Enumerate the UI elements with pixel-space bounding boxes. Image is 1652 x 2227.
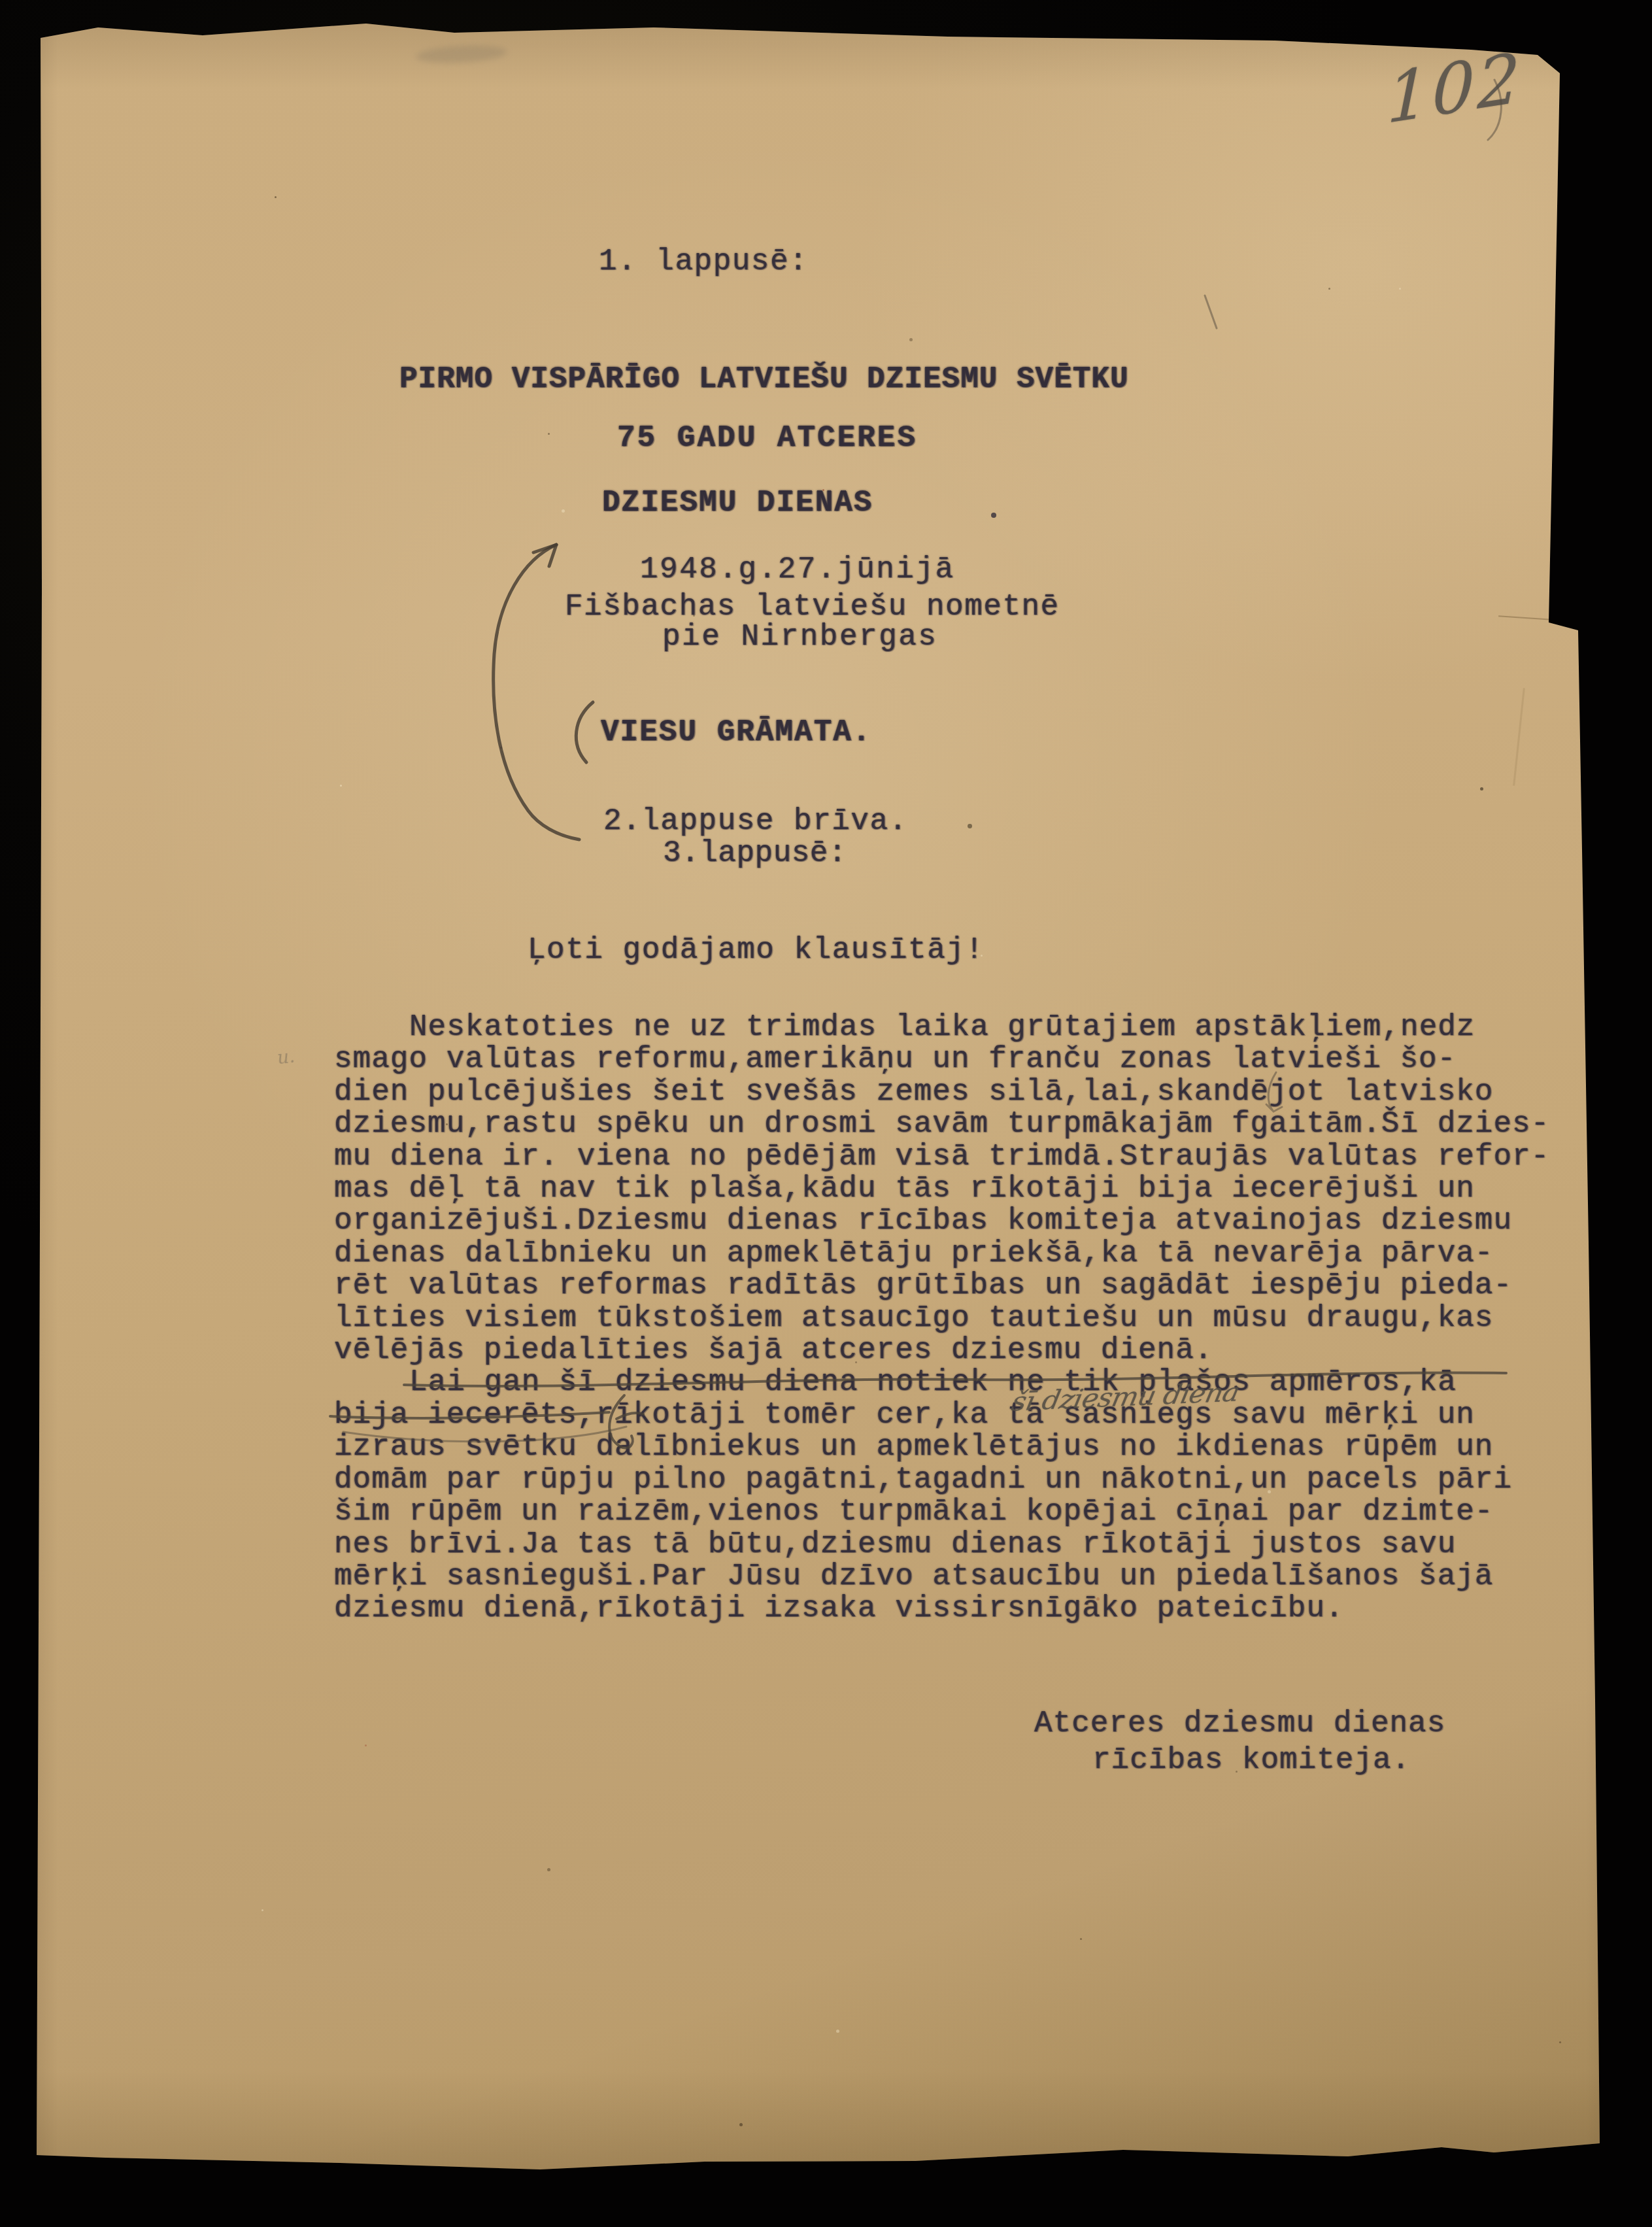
ink-smudge [415, 43, 507, 65]
faint-margin-mark: u. [276, 1045, 295, 1069]
body-line: mu diena ir. viena no pēdējām visā trimd… [334, 1141, 1549, 1173]
paper-crease [1498, 615, 1552, 620]
title-line-1: PIRMO VISPĀRĪGO LATVIEŠU DZIESMU SVĒTKU [399, 364, 1129, 396]
title-line-3: DZIESMU DIENAS [602, 487, 873, 519]
body-text-block: Neskatoties ne uz trimdas laika grūtajie… [334, 1011, 1549, 1625]
guest-book-title: VIESU GRĀMATA. [601, 717, 871, 749]
body-line: smago valūtas reformu,amerikāņu un franč… [334, 1044, 1549, 1076]
body-line: mas dēļ tā nav tik plaša,kādu tās rīkotā… [334, 1173, 1549, 1205]
paper-crease [1513, 688, 1525, 785]
body-line: vēlējās piedalīties šajā atceres dziesmu… [334, 1334, 1549, 1367]
body-line: mērķi sasnieguši.Par Jūsu dzīvo atsaucīb… [334, 1561, 1549, 1593]
paper-speckles-dark [275, 196, 277, 198]
body-line: domām par rūpju pilno pagātni,tagadni un… [334, 1464, 1549, 1496]
handwritten-page-number: 102 [1386, 37, 1523, 140]
body-line: dziesmu dienā,rīkotāji izsaka vissirsnīg… [334, 1593, 1549, 1625]
body-line: dienas dalībnieku un apmeklētāju priekšā… [334, 1238, 1549, 1270]
body-line: rēt valūtas reformas radītās grūtības un… [334, 1270, 1549, 1302]
body-line: organizējuši.Dziesmu dienas rīcības komi… [334, 1205, 1549, 1237]
stray-ink-dot [991, 513, 996, 518]
salutation-line: Ļoti godājamo klausītāj! [528, 934, 985, 966]
scanned-document-page: 1. lappusē: PIRMO VISPĀRĪGO LATVIEŠU DZI… [0, 0, 1652, 2227]
body-line: dien pulcējušies šeit svešās zemes silā,… [334, 1076, 1549, 1108]
body-line: līties visiem tūkstošiem atsaucīgo tauti… [334, 1302, 1549, 1334]
body-line: izraus svētku dalībniekus un apmeklētāju… [334, 1431, 1549, 1463]
closing-line-1: Atceres dziesmu dienas [1034, 1708, 1445, 1740]
body-line: dziesmu,rastu spēku un drosmi savām turp… [334, 1108, 1549, 1140]
body-line: šim rūpēm un raizēm,vienos turpmākai kop… [334, 1496, 1549, 1528]
page-note-line-1: 2.lappuse brīva. [603, 806, 908, 838]
event-place-line-1: Fišbachas latviešu nometnē [565, 591, 1060, 623]
closing-line-2: rīcības komiteja. [1092, 1744, 1410, 1776]
paper-sheet: 1. lappusē: PIRMO VISPĀRĪGO LATVIEŠU DZI… [0, 0, 1652, 2227]
page-marker-text: 1. lappusē: [599, 246, 808, 278]
title-line-2: 75 GADU ATCERES [617, 422, 917, 454]
body-line: Neskatoties ne uz trimdas laika grūtajie… [334, 1011, 1549, 1044]
body-line-struck-through: Lai gan šī dziesmu diena notiek ne tik p… [334, 1367, 1549, 1399]
event-date-line: 1948.g.27.jūnijā [640, 554, 955, 586]
body-line: nes brīvi.Ja tas tā būtu,dziesmu dienas … [334, 1529, 1549, 1561]
body-line-partly-struck: bija iecerēts,rīkotāji tomēr cer,ka tā s… [334, 1399, 1549, 1431]
paper-fibers-light [340, 785, 342, 787]
page-note-line-2: 3.lappusē: [663, 838, 847, 870]
event-place-line-2: pie Nirnbergas [662, 621, 937, 653]
